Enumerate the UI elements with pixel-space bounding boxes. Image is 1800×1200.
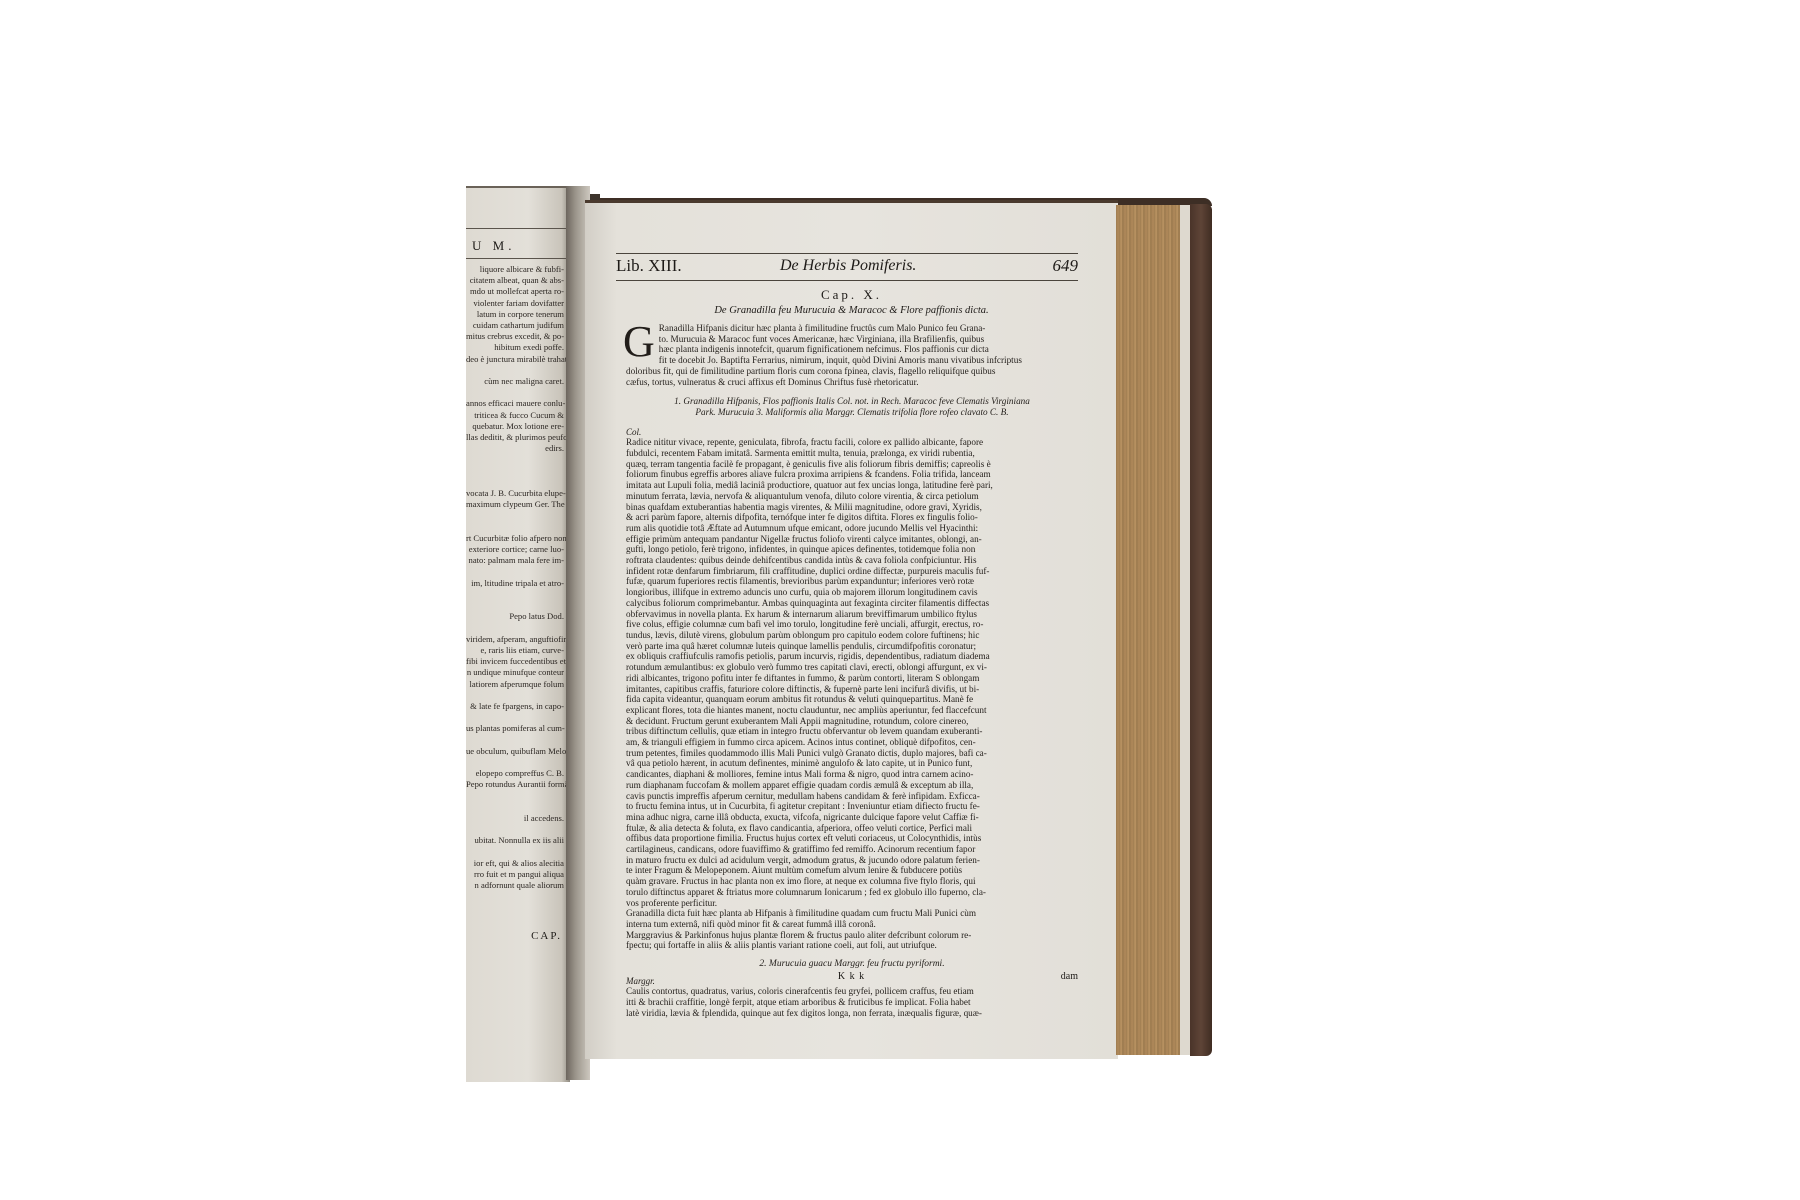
body-line: torulo diftinctus apparet & ftriatus mor… <box>626 887 1078 898</box>
body-line: minutum ferrata, lævia, nervofa & aliqua… <box>626 491 1078 502</box>
left-page-line <box>466 522 570 533</box>
left-page-line <box>466 387 570 398</box>
left-page-line: im, ltitudine tripala et atro- <box>466 578 570 589</box>
left-catchword: CAP. <box>531 930 562 942</box>
body-line: trum petentes, fimiles quodammodo illis … <box>626 748 1078 759</box>
left-page-line: Pepo latus Dod. <box>466 611 570 622</box>
body-line: ridi albicantes, trigono pofitu inter fe… <box>626 673 1078 684</box>
body-line: fida capita videantur, quanquam eorum am… <box>626 694 1078 705</box>
left-page-line: ubitat. Nonnulla ex iis alii <box>466 835 570 846</box>
body-line: fpectu; qui fortaffe in aliis & aliis pl… <box>626 940 1078 951</box>
body-line: fubdulci, recentem Fabam imitatâ. Sarmen… <box>626 448 1078 459</box>
left-page-line: elopepo compreffus C. B. <box>466 768 570 779</box>
running-head: Lib. XIII. De Herbis Pomiferis. 649 <box>616 253 1078 281</box>
left-page-line <box>466 824 570 835</box>
body-text: G Ranadilla Hifpanis dicitur hæc planta … <box>626 323 1078 1019</box>
left-page-line: us plantas pomiferas al cum- <box>466 723 570 734</box>
body-line: imitata aut Lupuli folia, mediâ laciniâ … <box>626 480 1078 491</box>
body-line: candicantes, diaphani & molliores, femin… <box>626 769 1078 780</box>
left-page-line: mitus crebrus excedit, & po- <box>466 331 570 342</box>
description-paragraph: Radice nititur vivace, repente, genicula… <box>626 437 1078 951</box>
body-line: roftrata claudentes: quibus deinde dehif… <box>626 555 1078 566</box>
left-page-line <box>466 802 570 813</box>
left-head-rule-top <box>466 228 570 229</box>
body-line: Radice nititur vivace, repente, genicula… <box>626 437 1078 448</box>
intro-line: doloribus fit, qui de fimilitudine parti… <box>626 366 1078 377</box>
left-page-line: llas deditit, & plurimos peufoni <box>466 432 570 443</box>
body-line: to fructu femina intus, ut in Cucurbita,… <box>626 801 1078 812</box>
body-line: effigie primùm antequam pandantur Nigell… <box>626 534 1078 545</box>
species-line: latè viridia, lævia & fplendida, quinque… <box>626 1008 1078 1019</box>
species-line: Caulis contortus, quadratus, varius, col… <box>626 986 1078 997</box>
left-page-line: ior eft, qui & alios alecitia <box>466 858 570 869</box>
left-page-line <box>466 791 570 802</box>
left-page-line <box>466 566 570 577</box>
left-page-strip: U M. liquore albicare & fubfi-citatem al… <box>466 186 570 1082</box>
body-line: cartilagineus, candicans, odore fuaviffi… <box>626 844 1078 855</box>
left-page-line <box>466 466 570 477</box>
body-line: am, & trianguli effigiem in fummo circa … <box>626 737 1078 748</box>
catchword: dam <box>1061 971 1078 982</box>
species-line: itti & brachii craffitie, longè ferpit, … <box>626 997 1078 1008</box>
body-line: rotundum æmulantibus: ex globulo verò fu… <box>626 662 1078 673</box>
body-line: imitantes, capitibus craffis, faturiore … <box>626 684 1078 695</box>
left-page-line: edirs. <box>466 443 570 454</box>
book-number: Lib. XIII. <box>616 256 682 276</box>
left-page-line: vocata J. B. Cucurbita elupe- <box>466 488 570 499</box>
body-line: binas quafdam extuberantias habentia mag… <box>626 502 1078 513</box>
body-line: vos proferente perficitur. <box>626 898 1078 909</box>
left-page-line: n undique minufque conteur <box>466 667 570 678</box>
left-page-line <box>466 365 570 376</box>
species-paragraph: Caulis contortus, quadratus, varius, col… <box>626 986 1078 1018</box>
left-page-line <box>466 712 570 723</box>
left-page-line: rt Cucurbitæ folio afpero non <box>466 533 570 544</box>
intro-paragraph: G Ranadilla Hifpanis dicitur hæc planta … <box>626 323 1078 387</box>
left-head-rule-bottom <box>466 258 570 259</box>
body-line: Marggravius & Parkinfonus hujus plantæ f… <box>626 930 1078 941</box>
gilt-fore-edge <box>1116 205 1180 1055</box>
body-line: mina adhuc nigra, carne illâ obducta, ex… <box>626 812 1078 823</box>
body-line: quæq, terram tangentia facilè fe propaga… <box>626 459 1078 470</box>
leather-cover <box>1190 204 1212 1056</box>
left-page-line: & late fe fpargens, in capo- <box>466 701 570 712</box>
synonyms-line-2: Park. Murucuia 3. Maliformis alia Marggr… <box>695 407 1008 417</box>
left-page-line: e, raris liis etiam, curve- <box>466 645 570 656</box>
body-line: vâ qua petiolo hærent, in acutum definen… <box>626 758 1078 769</box>
left-page-line: il accedens. <box>466 813 570 824</box>
left-page-line: rro fuit et m pangui aliqua <box>466 869 570 880</box>
species-subheading: 2. Murucuia guacu Marggr. feu fructu pyr… <box>626 959 1078 970</box>
intro-line: cæfus, tortus, vulneratus & cruci affixu… <box>626 377 1078 388</box>
left-page-line: triticea & fucco Cucum & <box>466 410 570 421</box>
left-page-line <box>466 690 570 701</box>
body-line: & decidunt. Fructum gerunt exuberantem M… <box>626 716 1078 727</box>
left-page-line <box>466 589 570 600</box>
body-line: ex obliquis craffiufculis ramofis petiol… <box>626 651 1078 662</box>
left-page-line <box>466 735 570 746</box>
body-line: te inter Fragum & Melopeponem. Aiunt mul… <box>626 865 1078 876</box>
left-page-line: quebatur. Mox lotione ere- <box>466 421 570 432</box>
left-page-line <box>466 757 570 768</box>
body-line: foliorum finubus egreffis arbores aliave… <box>626 469 1078 480</box>
left-page-line <box>466 510 570 521</box>
body-line: Granadilla dicta fuit hæc planta ab Hifp… <box>626 908 1078 919</box>
left-page-line: latum in corpore tenerum <box>466 309 570 320</box>
left-page-line <box>466 454 570 465</box>
left-page-line: hibitum exedi poffe. <box>466 342 570 353</box>
body-line: gufti, longo petiolo, ferè trigono, infi… <box>626 544 1078 555</box>
body-line: in maturo fructu ex dulci ad acidulum ve… <box>626 855 1078 866</box>
left-page-line: ue obculum, quibuflam Melo- <box>466 746 570 757</box>
body-line: rum diaphanam fuccofam & mollem apparet … <box>626 780 1078 791</box>
left-page-line: nato: palmam mala fere im- <box>466 555 570 566</box>
left-page-line: exteriore cortice; carne luo- <box>466 544 570 555</box>
left-page-line: liquore albicare & fubfi- <box>466 264 570 275</box>
left-page-line: citatem albeat, quan & abs- <box>466 275 570 286</box>
body-line: quàm gravare. Fructus in hac planta non … <box>626 876 1078 887</box>
body-line: fufæ, quarum fuperiores rectis filamenti… <box>626 576 1078 587</box>
left-page-line: cùm nec maligna caret. <box>466 376 570 387</box>
body-line: verò parte ima quâ hæret columnæ luteis … <box>626 641 1078 652</box>
left-page-line <box>466 847 570 858</box>
left-page-line: Pepo rotundus Aurantii formâ <box>466 779 570 790</box>
left-page-line <box>466 623 570 634</box>
signature-mark: K k k <box>585 971 1118 982</box>
drop-cap: G <box>623 324 655 360</box>
body-line: longioribus, illifque in extremo aduncis… <box>626 587 1078 598</box>
intro-line: to. Murucuia & Maracoc funt voces Americ… <box>659 334 1078 345</box>
left-page-line: fibi invicem fuccedentibus et <box>466 656 570 667</box>
body-line: obfervavimus in novella planta. Ex harum… <box>626 609 1078 620</box>
left-page-line <box>466 477 570 488</box>
source-tag: Col. <box>626 427 1078 438</box>
section-title: De Herbis Pomiferis. <box>780 257 916 275</box>
synonyms-block: 1. Granadilla Hifpanis, Flos paffionis I… <box>626 396 1078 417</box>
left-page-line: n adfornunt quale aliorum <box>466 880 570 891</box>
body-line: rum alis quotidie totâ Æftate ad Autumnu… <box>626 523 1078 534</box>
body-line: explicant flores, tota die hiantes manen… <box>626 705 1078 716</box>
left-page-line <box>466 600 570 611</box>
page-number: 649 <box>1053 256 1079 276</box>
body-line: interna tum externâ, nifi quòd minor fit… <box>626 919 1078 930</box>
left-page-line: annos efficaci mauere conlu- <box>466 398 570 409</box>
body-line: infident rotæ denfarum fimbriarum, fili … <box>626 566 1078 577</box>
left-page-line: deo è junctura mirabilè trahat. <box>466 354 570 365</box>
left-page-line: maximum clypeum Ger. The <box>466 499 570 510</box>
left-page-text: liquore albicare & fubfi-citatem albeat,… <box>466 264 570 891</box>
intro-line: Ranadilla Hifpanis dicitur hæc planta à … <box>659 323 1078 334</box>
body-line: & acri parùm fapore, alternis difpofita,… <box>626 512 1078 523</box>
body-line: tribus diftinctum cellulis, quæ etiam in… <box>626 726 1078 737</box>
book-photo: U M. liquore albicare & fubfi-citatem al… <box>0 0 1800 1200</box>
body-line: calycibus foliorum comprimebantur. Ambas… <box>626 598 1078 609</box>
body-line: ftulæ, & alia detecta & foluta, ex flavo… <box>626 823 1078 834</box>
body-line: cavis punctis impreffis afperum cernitur… <box>626 791 1078 802</box>
left-page-line: violenter fariam dovifatter <box>466 298 570 309</box>
left-page-line: mdo ut mollefcat aperta ro- <box>466 286 570 297</box>
body-line: offibus data proportione fimilia. Fructu… <box>626 833 1078 844</box>
synonyms-line-1: 1. Granadilla Hifpanis, Flos paffionis I… <box>674 396 1030 406</box>
page-edge-strip <box>1180 205 1190 1055</box>
left-running-head: U M. <box>472 238 515 254</box>
chapter-subtitle: De Granadilla feu Murucuia & Maracoc & F… <box>585 305 1118 316</box>
left-page-line: latiorem afperumque folum <box>466 679 570 690</box>
left-page-line: cuidam cathartum judifum <box>466 320 570 331</box>
intro-line: hæc planta indigenis innotefcit, quarum … <box>659 344 1078 355</box>
body-line: tundus, lævis, dilutè virens, globulum p… <box>626 630 1078 641</box>
main-page: Lib. XIII. De Herbis Pomiferis. 649 Cap.… <box>585 200 1118 1059</box>
body-line: five colus, effigie columnæ cum bafi vel… <box>626 619 1078 630</box>
chapter-heading: Cap. X. <box>585 287 1118 303</box>
left-page-line: viridem, afperam, anguftiofim- <box>466 634 570 645</box>
intro-line: fit te docebit Jo. Baptifta Ferrarius, n… <box>659 355 1078 366</box>
